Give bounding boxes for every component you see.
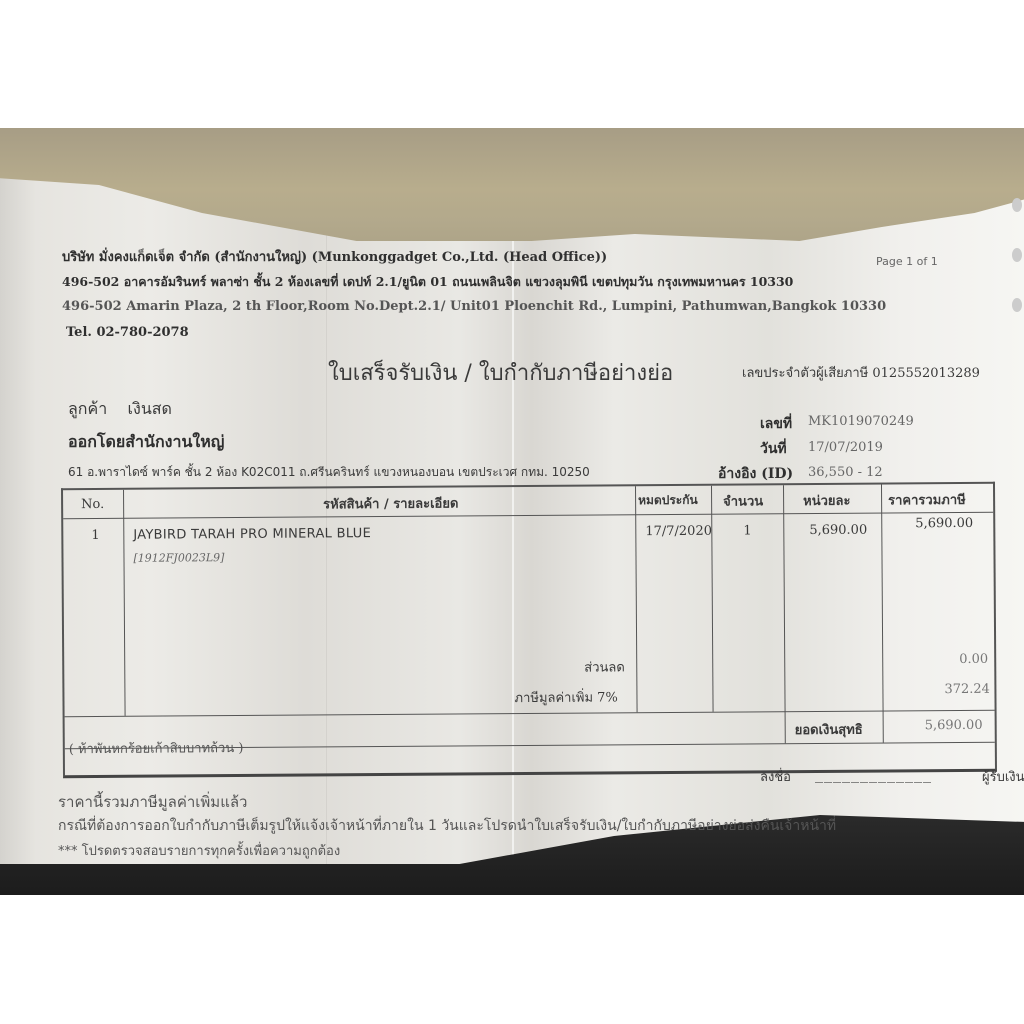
tax-id-value: 0125552013289 [872, 366, 980, 381]
signature-role: ผู้รับเงิน [982, 766, 1024, 787]
header-warranty: หมดประกัน [638, 491, 698, 510]
footer-note-full-invoice: กรณีที่ต้องการออกใบกำกับภาษีเต็มรูปให้แจ… [58, 815, 836, 837]
doc-date-label: วันที่ [760, 438, 787, 460]
doc-number-label: เลขที่ [760, 413, 792, 435]
header-divider [63, 512, 993, 519]
amount-in-words: ( ห้าพันหกร้อยเก้าสิบบาทถ้วน ) [69, 737, 244, 759]
ref-value: 36,550 - 12 [808, 465, 883, 480]
row-warranty: 17/7/2020 [645, 524, 712, 539]
issued-by: ออกโดยสำนักงานใหญ่ [68, 430, 224, 455]
page-indicator: Page 1 of 1 [876, 255, 938, 268]
ref-label: อ้างอิง (ID) [718, 463, 793, 485]
footer-note-check: *** โปรดตรวจสอบรายการทุกครั้งเพื่อความถู… [58, 840, 340, 861]
tractor-hole [1012, 198, 1022, 212]
col-divider [881, 485, 884, 743]
company-name: บริษัท มั่งคงแก็ดเจ็ต จำกัด (สำนักงานใหญ… [62, 246, 607, 267]
discount-value: 0.00 [959, 652, 988, 667]
items-table: No. รหัสสินค้า / รายละเอียด หมดประกัน จำ… [61, 482, 997, 779]
customer-row: ลูกค้า เงินสด [68, 397, 172, 422]
row-no: 1 [91, 528, 99, 543]
tractor-hole [1012, 298, 1022, 312]
net-label: ยอดเงินสุทธิ [795, 719, 863, 740]
row-quantity: 1 [743, 523, 751, 538]
header-unit-price: หน่วยละ [803, 490, 850, 511]
branch-address: 61 อ.พาราไดซ์ พาร์ค ชั้น 2 ห้อง K02C011 … [68, 463, 590, 482]
document-title: ใบเสร็จรับเงิน / ใบกำกับภาษีอย่างย่อ [328, 355, 673, 390]
customer-label: ลูกค้า [68, 399, 107, 418]
header-no: No. [81, 497, 104, 512]
company-tel: Tel. 02-780-2078 [66, 325, 189, 340]
col-divider [783, 485, 786, 743]
tax-id-label: เลขประจำตัวผู้เสียภาษี [742, 366, 868, 381]
doc-date-value: 17/07/2019 [808, 440, 883, 455]
tractor-hole [1012, 248, 1022, 262]
row-unit-price: 5,690.00 [809, 523, 867, 538]
paper-shadow [0, 164, 36, 864]
row-description: JAYBIRD TARAH PRO MINERAL BLUE [133, 526, 371, 543]
col-divider [635, 486, 638, 712]
vat-label: ภาษีมูลค่าเพิ่ม 7% [514, 686, 617, 708]
company-address-en: 496-502 Amarin Plaza, 2 th Floor,Room No… [62, 299, 886, 314]
tax-id: เลขประจำตัวผู้เสียภาษี 0125552013289 [742, 362, 980, 383]
row-serial: [1912FJ0023L9] [133, 551, 224, 565]
header-total: ราคารวมภาษี [888, 489, 966, 511]
signature-label: ลงชื่อ [760, 766, 791, 787]
header-description: รหัสสินค้า / รายละเอียด [323, 492, 458, 514]
customer-value: เงินสด [128, 399, 172, 418]
net-value: 5,690.00 [925, 718, 983, 733]
row-total: 5,690.00 [915, 516, 973, 531]
col-divider [711, 486, 714, 712]
header-quantity: จำนวน [723, 490, 763, 511]
doc-number-value: MK1019070249 [808, 414, 914, 429]
signature-line: _____________ [815, 764, 932, 783]
discount-label: ส่วนลด [584, 656, 625, 677]
col-divider [123, 490, 126, 716]
vat-value: 372.24 [944, 682, 990, 697]
summary-divider [65, 710, 995, 717]
company-address-th: 496-502 อาคารอัมรินทร์ พลาซ่า ชั้น 2 ห้อ… [62, 272, 793, 292]
footer-note-vat-included: ราคานี้รวมภาษีมูลค่าเพิ่มแล้ว [58, 790, 247, 814]
